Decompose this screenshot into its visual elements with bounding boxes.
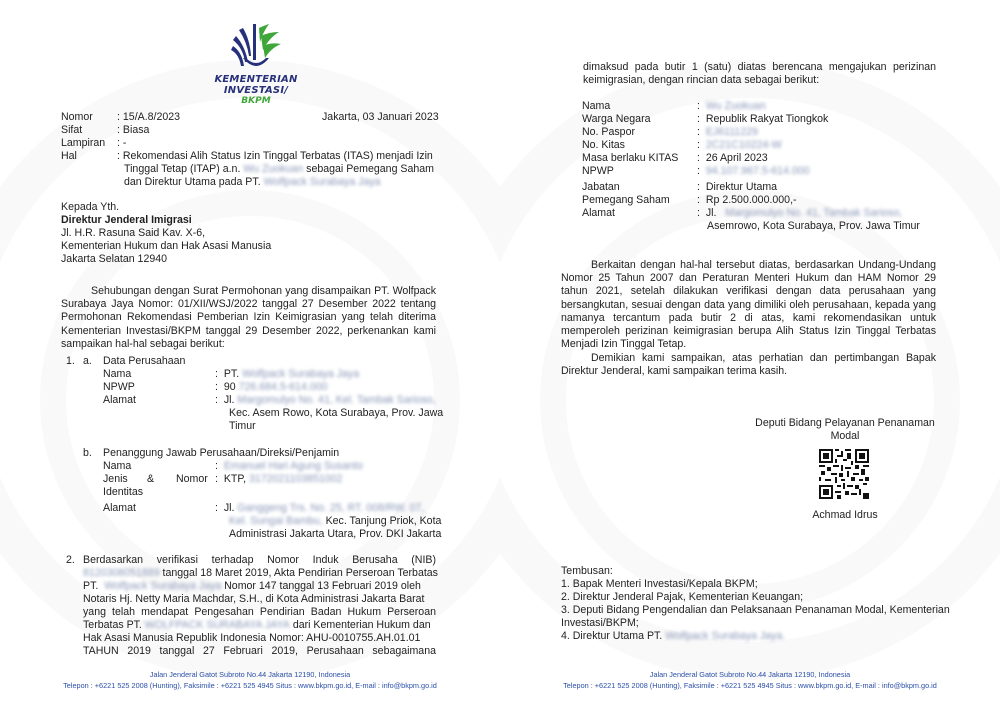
watermark bbox=[540, 190, 960, 610]
id-label: Identitas bbox=[103, 486, 143, 499]
foreigner-value: : EJ6111229 bbox=[697, 126, 758, 139]
field-label-hal: Hal bbox=[61, 150, 77, 163]
cc-item: 1. Bapak Menteri Investasi/Kepala BKPM; bbox=[561, 578, 758, 591]
field-label-sifat: Sifat bbox=[61, 124, 82, 137]
company-name-label: Nama bbox=[103, 368, 131, 381]
responsible-address-value: : Jl. Ganggeng Trs. No. 25, RT. 008/RW. … bbox=[215, 502, 424, 515]
footer-contact: Telepon : +6221 525 2008 (Hunting), Faks… bbox=[500, 681, 1000, 691]
foreigner-value: : 26 April 2023 bbox=[697, 152, 768, 165]
item2-line: Hak Asasi Manusia Republik Indonesia Nom… bbox=[83, 632, 420, 645]
responsible-name-value: : Emanuel Hari Agung Susanto bbox=[215, 460, 363, 473]
section-title-responsible: Penanggung Jawab Perusahaan/Direksi/Penj… bbox=[103, 447, 339, 460]
letter-page-1: KEMENTERIAN INVESTASI/ BKPM Nomor : 15/A… bbox=[0, 0, 500, 707]
foreigner-label: Warga Negara bbox=[582, 113, 651, 126]
footer-contact: Telepon : +6221 525 2008 (Hunting), Faks… bbox=[0, 681, 500, 691]
foreigner-value: : Wu Zuokuan bbox=[697, 100, 766, 113]
cc-item: 2. Direktur Jenderal Pajak, Kementerian … bbox=[561, 591, 803, 604]
company-address-label: Alamat bbox=[103, 394, 136, 407]
foreigner-value: : Rp 2.500.000.000,- bbox=[697, 194, 797, 207]
id-label: Jenis bbox=[103, 473, 128, 486]
item-letter: a. bbox=[83, 355, 92, 368]
foreigner-label: Jabatan bbox=[582, 181, 620, 194]
foreigner-value: : 94.107.967.5-614.000 bbox=[697, 165, 810, 178]
recommendation-paragraph: Berkaitan dengan hal-hal tersebut diatas… bbox=[561, 259, 936, 351]
recipient-address-line: Jakarta Selatan 12940 bbox=[61, 253, 167, 266]
cc-heading: Tembusan: bbox=[561, 565, 613, 578]
ministry-name: KEMENTERIAN INVESTASI/ bbox=[196, 74, 316, 96]
signatory-title: Modal bbox=[730, 430, 960, 443]
foreigner-value: : Direktur Utama bbox=[697, 181, 777, 194]
item2-line: Berdasarkan verifikasi terhadap Nomor In… bbox=[83, 554, 436, 567]
id-label: & bbox=[147, 473, 154, 486]
company-npwp-label: NPWP bbox=[103, 381, 135, 394]
item2-line: TAHUN 2019 tanggal 27 Februari 2019, Per… bbox=[83, 645, 436, 658]
signatory-name: Achmad Idrus bbox=[730, 509, 960, 522]
company-name-value: : PT. Wolfpack Surabaya Jaya bbox=[215, 368, 359, 381]
responsible-address-label: Alamat bbox=[103, 502, 136, 515]
agency-name: BKPM bbox=[196, 96, 316, 106]
redacted-company: Wolfpack Surabaya Jaya bbox=[264, 176, 381, 189]
item2-line: 8120308051889 tanggal 18 Maret 2019, Akt… bbox=[83, 567, 438, 580]
footer-address: Jalan Jenderal Gatot Subroto No.44 Jakar… bbox=[0, 670, 500, 680]
foreigner-label: Alamat bbox=[582, 207, 615, 220]
cc-item: 4. Direktur Utama PT. Wolfpack Surabaya … bbox=[561, 630, 785, 643]
section-title-company-data: Data Perusahaan bbox=[103, 355, 185, 368]
field-value-nomor: : 15/A.8/2023 bbox=[117, 111, 180, 124]
foreigner-label: NPWP bbox=[582, 165, 614, 178]
cc-item: 3. Deputi Bidang Pengendalian dan Pelaks… bbox=[561, 604, 950, 617]
field-value-hal: : Rekomendasi Alih Status Izin Tinggal T… bbox=[117, 150, 433, 163]
recipient-address-line: Jl. H.R. Rasuna Said Kav. X-6, bbox=[61, 227, 205, 240]
intro-paragraph: Sehubungan dengan Surat Permohonan yang … bbox=[61, 285, 436, 351]
foreigner-value: : Republik Rakyat Tiongkok bbox=[697, 113, 828, 126]
item2-line: Terbatas PT. WOLFPACK SURABAYA JAYA dari… bbox=[83, 619, 431, 632]
field-value-lampiran: : - bbox=[117, 137, 126, 150]
item2-line: PT. Wolfpack Surabaya Jaya Nomor 147 tan… bbox=[83, 580, 421, 593]
responsible-address-cont: Administrasi Jakarta Utara, Prov. DKI Ja… bbox=[229, 528, 441, 541]
field-label-lampiran: Lampiran bbox=[61, 137, 105, 150]
foreigner-label: Nama bbox=[582, 100, 610, 113]
item2-line: Notaris Hj. Netty Maria Machdar, S.H., d… bbox=[83, 593, 424, 606]
item2-line: yang telah mendapat Pengesahan Pendirian… bbox=[83, 606, 436, 619]
company-address-value: : Jl. Margomulyo No. 41, Kel. Tambak Sar… bbox=[215, 394, 436, 407]
bkpm-logo-icon bbox=[229, 22, 283, 72]
foreigner-label: Pemegang Saham bbox=[582, 194, 670, 207]
item-number: 2. bbox=[66, 554, 75, 567]
recipient-salutation: Kepada Yth. bbox=[61, 201, 119, 214]
foreigner-label: No. Kitas bbox=[582, 139, 625, 152]
responsible-address-cont: Kel. Sungai Bambu, Kec. Tanjung Priok, K… bbox=[229, 515, 441, 528]
responsible-name-label: Nama bbox=[103, 460, 131, 473]
item-letter: b. bbox=[83, 447, 92, 460]
company-npwp-value: : 90.726.684.5-614.000 bbox=[215, 381, 328, 394]
id-value: : KTP, 3172021103851002 bbox=[215, 473, 342, 486]
redacted-name: Wu Zuokuan bbox=[243, 163, 303, 176]
closing-paragraph: Demikian kami sampaikan, atas perhatian … bbox=[561, 352, 936, 378]
letter-date: Jakarta, 03 Januari 2023 bbox=[322, 111, 439, 124]
item2-continuation: dimaksud pada butir 1 (satu) diatas bere… bbox=[583, 61, 936, 87]
letter-page-2: dimaksud pada butir 1 (satu) diatas bere… bbox=[500, 0, 1000, 707]
foreigner-value: : Jl. Margomulyo No. 41, Tambak Sarioso, bbox=[697, 207, 902, 220]
footer-address: Jalan Jenderal Gatot Subroto No.44 Jakar… bbox=[500, 670, 1000, 680]
company-address-cont: Kec. Asem Rowo, Kota Surabaya, Prov. Jaw… bbox=[229, 407, 443, 420]
foreigner-label: Masa berlaku KITAS bbox=[582, 152, 678, 165]
signatory-title: Deputi Bidang Pelayanan Penanaman bbox=[730, 417, 960, 430]
field-value-hal-line2: Tinggal Tetap (ITAP) a.n. Wu Zuokuan seb… bbox=[124, 163, 434, 176]
item-number: 1. bbox=[66, 355, 75, 368]
foreigner-value: : 2C21C10224-W bbox=[697, 139, 782, 152]
field-value-hal-line3: dan Direktur Utama pada PT. Wolfpack Sur… bbox=[124, 176, 381, 189]
recipient-address-line: Kementerian Hukum dan Hak Asasi Manusia bbox=[61, 240, 271, 253]
field-label-nomor: Nomor bbox=[61, 111, 93, 124]
foreigner-label: No. Paspor bbox=[582, 126, 635, 139]
company-address-cont: Timur bbox=[229, 420, 256, 433]
qr-code-icon bbox=[819, 449, 869, 499]
cc-item: Investasi/BKPM; bbox=[561, 617, 639, 630]
id-label: Nomor bbox=[176, 473, 208, 486]
recipient-name: Direktur Jenderal Imigrasi bbox=[61, 214, 192, 227]
letterhead-logo: KEMENTERIAN INVESTASI/ BKPM bbox=[196, 22, 316, 106]
field-value-sifat: : Biasa bbox=[117, 124, 149, 137]
foreigner-value-cont: Asemrowo, Kota Surabaya, Prov. Jawa Timu… bbox=[707, 220, 920, 233]
